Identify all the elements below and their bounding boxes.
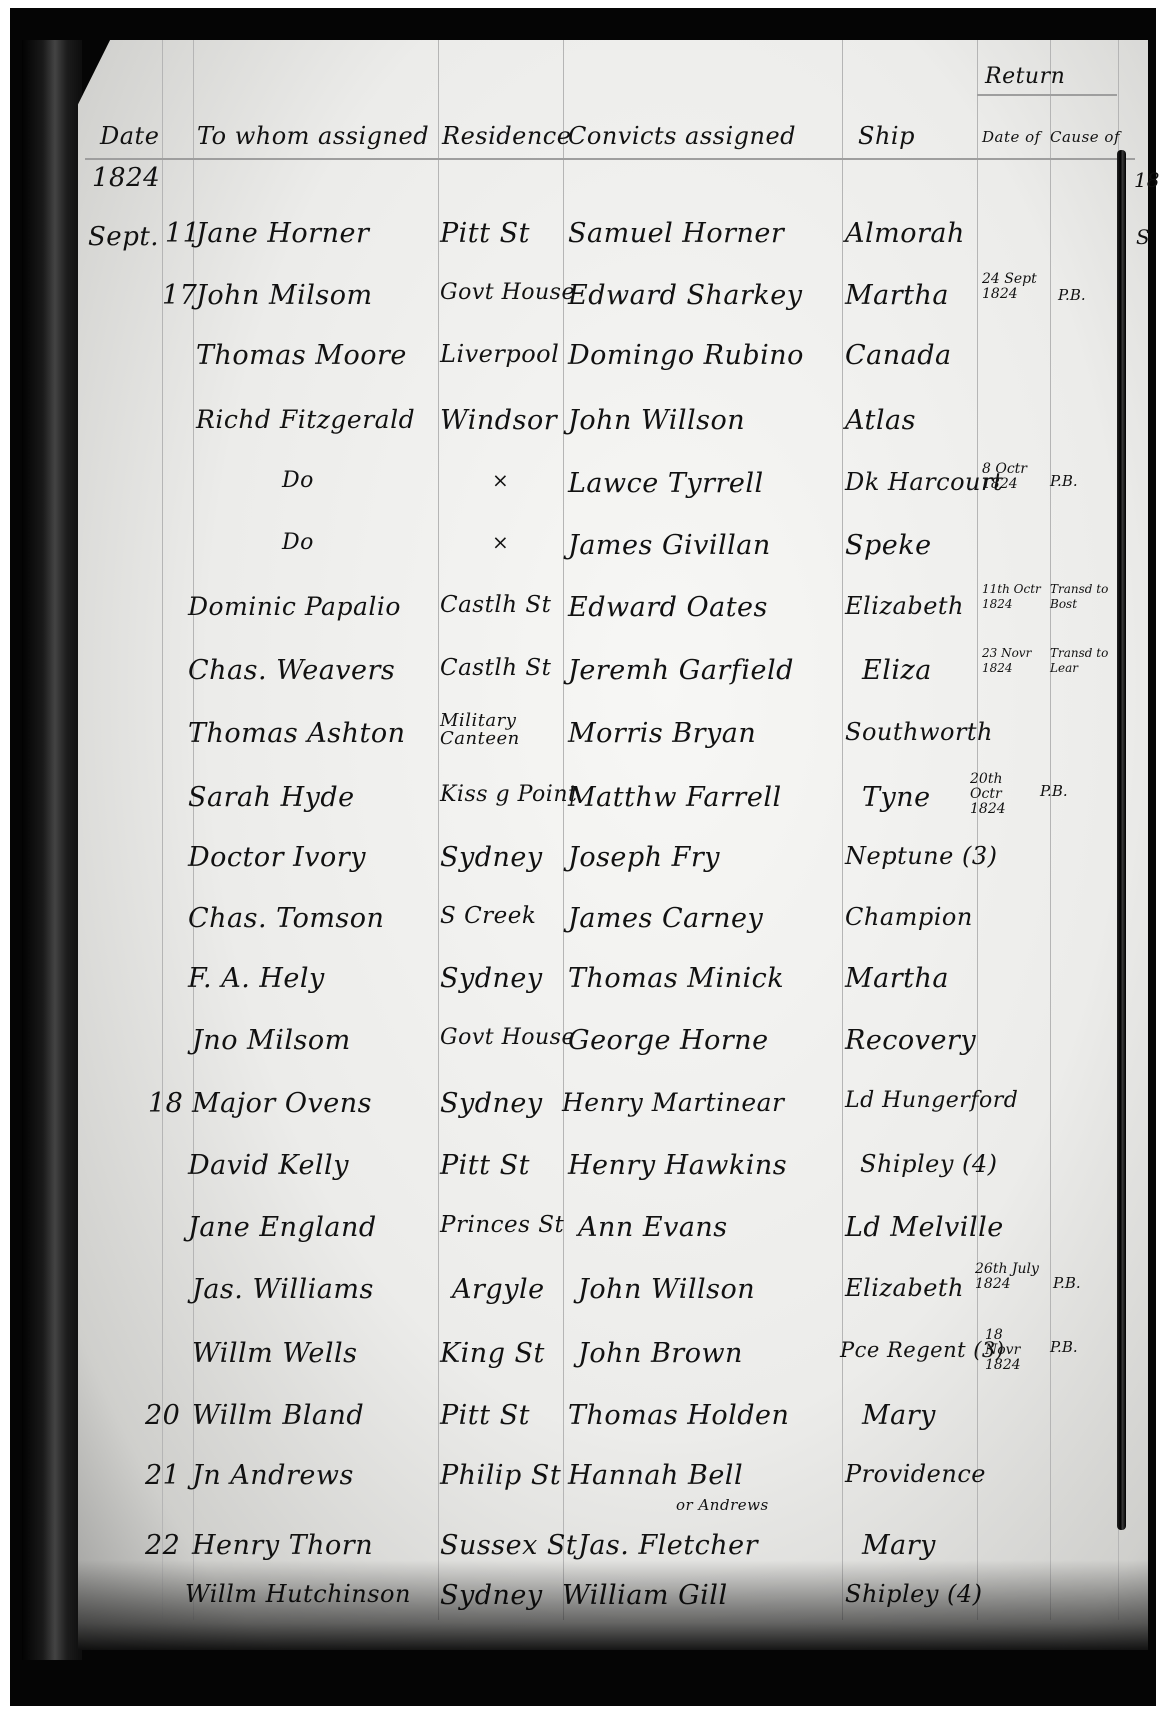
ship-cell: Almorah xyxy=(845,218,965,249)
month-label: Sept. xyxy=(88,222,159,252)
residence-cell: Sydney xyxy=(440,842,543,873)
day-cell: 22 xyxy=(145,1530,180,1561)
ship-cell: Speke xyxy=(845,530,932,561)
ship-cell: Recovery xyxy=(845,1025,976,1056)
return-cause-cell: P.B. xyxy=(1050,1340,1078,1355)
column-header-convict: Convicts assigned xyxy=(568,122,796,150)
residence-cell: Pitt St xyxy=(440,1400,530,1431)
residence-cell: S Creek xyxy=(440,903,536,929)
convict-cell: Jas. Fletcher xyxy=(578,1530,758,1561)
assignee-cell: Jane England xyxy=(188,1212,377,1243)
column-header-ship: Ship xyxy=(858,122,915,150)
day-cell: 20 xyxy=(145,1400,180,1431)
assignee-cell: Richd Fitzgerald xyxy=(196,405,415,434)
assignee-cell: Chas. Weavers xyxy=(188,655,395,686)
residence-cell: Liverpool xyxy=(440,340,559,368)
ship-cell: Southworth xyxy=(845,718,993,746)
assignee-cell: Chas. Tomson xyxy=(188,903,384,934)
return-cause-cell: P.B. xyxy=(1050,474,1078,489)
column-header-return-date: Date of xyxy=(982,128,1041,146)
residence-cell: Sydney xyxy=(440,963,543,994)
ship-cell: Ld Hungerford xyxy=(845,1088,1018,1113)
ship-cell: Pce Regent (3) xyxy=(840,1338,1005,1362)
return-group-rule xyxy=(977,94,1117,96)
return-date-cell: 24 Sept 1824 xyxy=(982,272,1044,302)
return-date-cell: 20th Octr 1824 xyxy=(970,772,1032,817)
ship-cell: Elizabeth xyxy=(845,592,964,620)
column-rule-residence xyxy=(563,40,564,1620)
ship-cell: Neptune (3) xyxy=(845,842,997,870)
residence-cell: Castlh St xyxy=(440,592,551,618)
column-rule-assignee xyxy=(438,40,439,1620)
assignee-ditto-cell: Do xyxy=(282,530,314,555)
assignee-cell: John Milsom xyxy=(196,280,373,311)
return-date-cell: 11th Octr 1824 xyxy=(982,582,1044,612)
assignee-cell: Thomas Moore xyxy=(196,340,407,371)
residence-cell: Pitt St xyxy=(440,218,530,249)
residence-cell: Kiss g Point xyxy=(440,782,577,807)
assignee-cell: F. A. Hely xyxy=(188,963,325,994)
convict-cell: Henry Hawkins xyxy=(568,1150,787,1181)
header-rule xyxy=(85,158,1135,160)
day-cell: 17 xyxy=(162,280,197,311)
column-header-residence: Residence xyxy=(442,122,571,150)
residence-cell: Pitt St xyxy=(440,1150,530,1181)
ship-cell: Canada xyxy=(845,340,952,371)
convict-cell: Joseph Fry xyxy=(568,842,720,873)
residence-cell: Windsor xyxy=(440,405,557,436)
year-label: 1824 xyxy=(92,163,160,193)
ship-cell: Martha xyxy=(845,963,949,994)
return-date-cell: 23 Novr 1824 xyxy=(982,646,1044,676)
assignee-cell: David Kelly xyxy=(188,1150,349,1181)
residence-cell: Govt House xyxy=(440,1025,575,1050)
return-cause-cell: P.B. xyxy=(1053,1276,1081,1291)
book-binding xyxy=(22,40,82,1660)
assignee-cell: Willm Wells xyxy=(192,1338,358,1369)
column-header-date: Date xyxy=(100,122,159,150)
column-rule-return-date xyxy=(1050,40,1051,1620)
day-cell: 21 xyxy=(145,1460,180,1491)
residence-cell: Princes St xyxy=(440,1212,564,1238)
residence-ditto-cell: × xyxy=(492,468,509,492)
return-date-cell: 26th July 1824 xyxy=(975,1262,1040,1292)
convict-cell: George Horne xyxy=(568,1025,769,1056)
ship-cell: Providence xyxy=(845,1460,986,1488)
ship-cell: Mary xyxy=(862,1400,936,1431)
assignee-cell: Thomas Ashton xyxy=(188,718,406,749)
ship-cell: Tyne xyxy=(862,782,931,813)
ship-cell: Dk Harcourt xyxy=(845,468,1003,496)
residence-cell: Sussex St xyxy=(440,1530,577,1561)
convict-cell: Edward Oates xyxy=(568,592,768,623)
convict-cell: James Givillan xyxy=(568,530,771,561)
assignee-cell: Jane Horner xyxy=(196,218,369,249)
ship-cell: Shipley (4) xyxy=(860,1150,998,1178)
residence-cell: Castlh St xyxy=(440,655,551,681)
assignee-cell: Dominic Papalio xyxy=(188,592,401,621)
assignee-cell: Jn Andrews xyxy=(192,1460,354,1491)
column-header-return-cause: Cause of xyxy=(1050,128,1120,146)
convict-cell: Edward Sharkey xyxy=(568,280,802,311)
column-rule-convict xyxy=(842,40,843,1620)
convict-cell: John Willson xyxy=(568,405,745,436)
ship-cell: Elizabeth xyxy=(845,1274,964,1302)
assignee-ditto-cell: Do xyxy=(282,468,314,493)
column-header-assignee: To whom assigned xyxy=(197,122,429,150)
assignee-cell: Doctor Ivory xyxy=(188,842,366,873)
assignee-cell: Willm Bland xyxy=(192,1400,364,1431)
return-cause-cell: Transd to Lear xyxy=(1050,646,1112,676)
assignee-cell: Sarah Hyde xyxy=(188,782,355,813)
residence-cell: Military Canteen xyxy=(440,712,560,748)
return-group-label: Return xyxy=(985,64,1065,89)
residence-cell: Govt House xyxy=(440,280,575,305)
ship-cell: Ld Melville xyxy=(845,1212,1004,1243)
day-cell: 18 xyxy=(148,1088,183,1119)
facing-page-fragment: S xyxy=(1136,225,1150,249)
residence-cell: Philip St xyxy=(440,1460,561,1491)
convict-cell: Thomas Holden xyxy=(568,1400,789,1431)
convict-cell: Henry Martinear xyxy=(562,1088,784,1117)
ship-cell: Eliza xyxy=(862,655,932,686)
column-rule-date xyxy=(162,40,163,1620)
return-date-cell: 8 Octr 1824 xyxy=(982,462,1042,492)
column-rule-ship xyxy=(977,40,978,1620)
ship-cell: Champion xyxy=(845,903,973,931)
ship-cell: Mary xyxy=(862,1530,936,1561)
residence-cell: King St xyxy=(440,1338,545,1369)
margin-ink-bar xyxy=(1117,150,1126,1530)
residence-cell: Argyle xyxy=(452,1274,545,1305)
ship-cell: Martha xyxy=(845,280,949,311)
assignee-cell: Jas. Williams xyxy=(192,1274,374,1305)
convict-alias-note: or Andrews xyxy=(676,1496,769,1514)
convict-cell: John Brown xyxy=(578,1338,743,1369)
return-cause-cell: Transd to Bost xyxy=(1050,582,1112,612)
ship-cell: Atlas xyxy=(845,405,916,436)
convict-cell: Ann Evans xyxy=(578,1212,728,1243)
convict-cell: Hannah Bell xyxy=(568,1460,743,1491)
convict-cell: Lawce Tyrrell xyxy=(568,468,764,499)
convict-cell: Domingo Rubino xyxy=(568,340,804,371)
assignee-cell: Jno Milsom xyxy=(192,1025,351,1056)
residence-cell: Sydney xyxy=(440,1088,543,1119)
residence-ditto-cell: × xyxy=(492,530,509,554)
page-bottom-shadow xyxy=(78,1560,1148,1650)
convict-cell: Samuel Horner xyxy=(568,218,784,249)
return-date-cell: 18 Novr 1824 xyxy=(985,1328,1040,1373)
convict-cell: James Carney xyxy=(568,903,763,934)
convict-cell: Matthw Farrell xyxy=(568,782,782,813)
facing-page-fragment: 18 xyxy=(1134,168,1159,192)
assignee-cell: Henry Thorn xyxy=(192,1530,373,1561)
return-cause-cell: P.B. xyxy=(1040,784,1068,799)
return-cause-cell: P.B. xyxy=(1058,288,1086,303)
assignee-cell: Major Ovens xyxy=(192,1088,372,1119)
convict-cell: Morris Bryan xyxy=(568,718,756,749)
column-rule-day xyxy=(193,40,194,1620)
convict-cell: John Willson xyxy=(578,1274,755,1305)
convict-cell: Thomas Minick xyxy=(568,963,784,994)
convict-cell: Jeremh Garfield xyxy=(568,655,794,686)
